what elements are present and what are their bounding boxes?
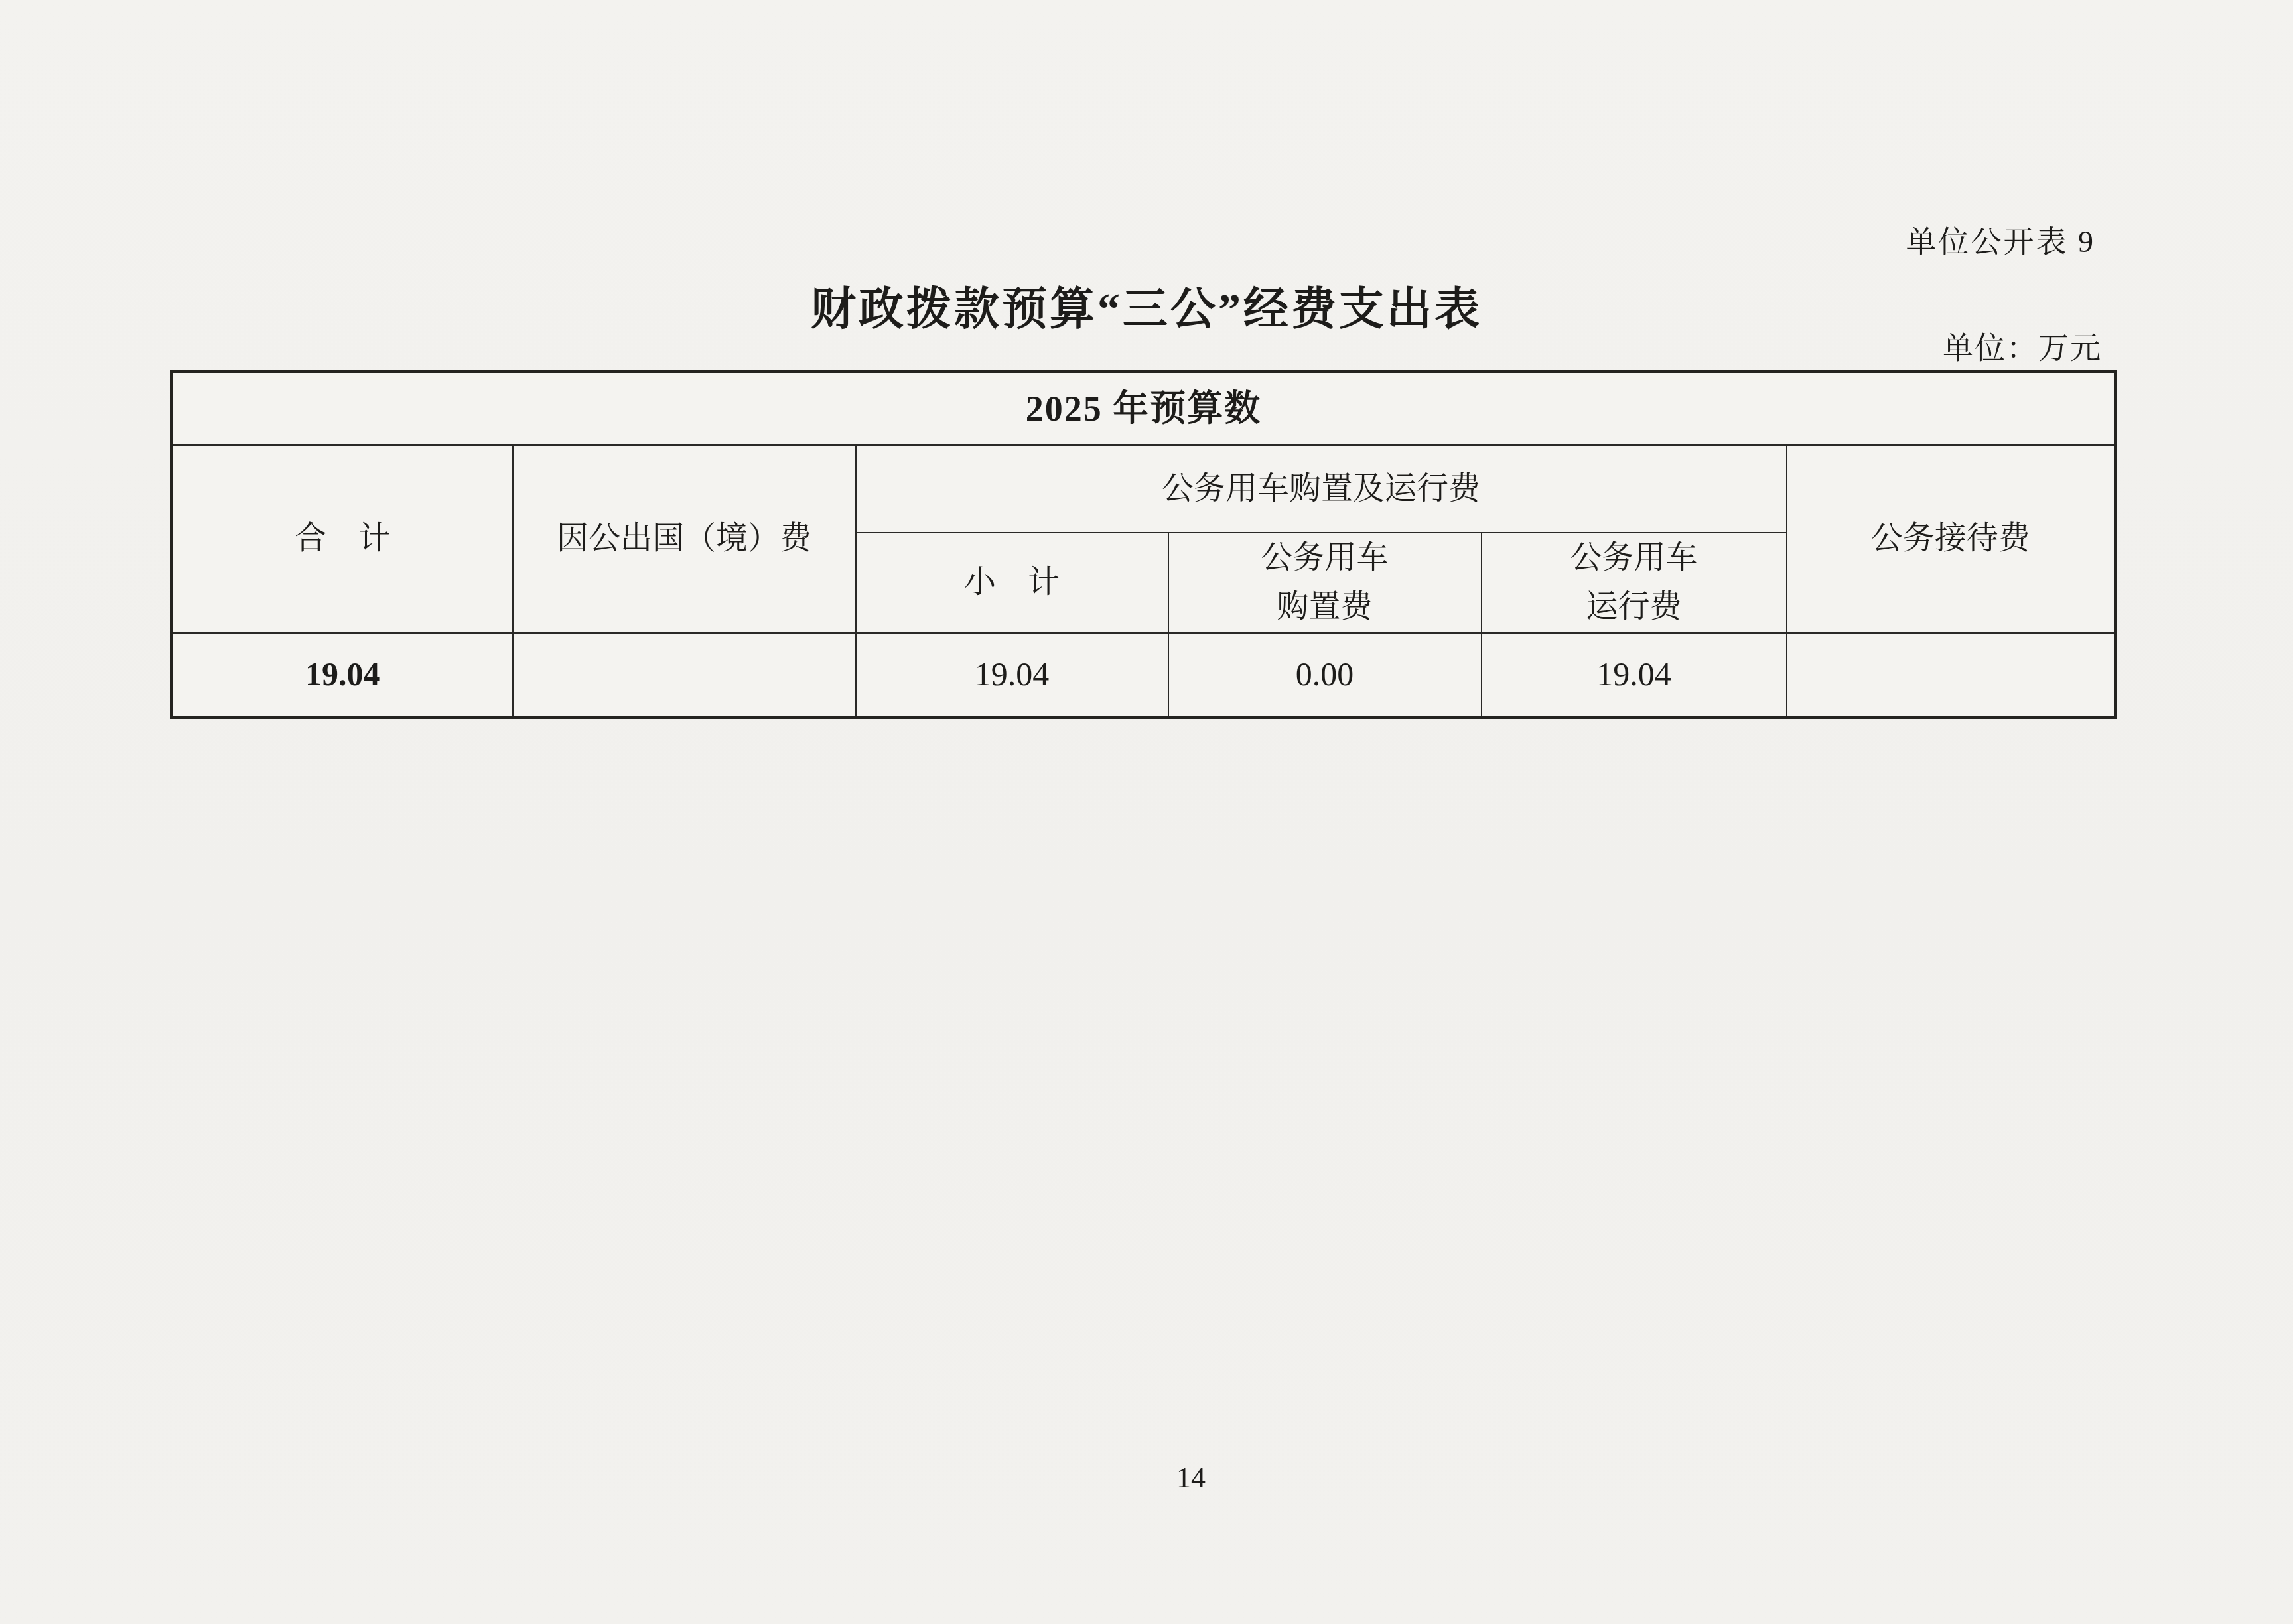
year-header-row: 2025 年预算数	[172, 372, 2116, 446]
page-number: 14	[1176, 1461, 1206, 1495]
col-header-abroad: 因公出国（境）费	[513, 445, 856, 633]
year-header-cell: 2025 年预算数	[172, 372, 2116, 446]
col-header-reception: 公务接待费	[1787, 445, 2116, 633]
col-header-total: 合 计	[172, 445, 513, 633]
col-header-vehicle-group: 公务用车购置及运行费	[856, 445, 1787, 533]
value-vehicle-operation: 19.04	[1482, 633, 1787, 718]
value-vehicle-purchase: 0.00	[1168, 633, 1482, 718]
document-page: 单位公开表 9 财政拨款预算“三公”经费支出表 单位：万元 2025 年预算数 …	[0, 0, 2293, 1624]
unit-label: 单位：万元	[1943, 324, 2102, 368]
value-reception	[1787, 633, 2116, 718]
budget-table: 2025 年预算数 合 计 因公出国（境）费 公务用车购置及运行费 公务接待费 …	[170, 370, 2117, 719]
value-total: 19.04	[172, 633, 513, 718]
value-abroad	[513, 633, 856, 718]
col-header-vehicle-operation: 公务用车 运行费	[1482, 533, 1787, 633]
col-header-vehicle-purchase: 公务用车 购置费	[1168, 533, 1482, 633]
corner-table-label: 单位公开表 9	[1906, 218, 2096, 261]
col-header-vehicle-subtotal: 小 计	[856, 533, 1168, 633]
table-row: 19.04 19.04 0.00 19.04	[172, 633, 2116, 718]
column-header-row: 合 计 因公出国（境）费 公务用车购置及运行费 公务接待费	[172, 445, 2116, 533]
value-vehicle-subtotal: 19.04	[856, 633, 1168, 718]
